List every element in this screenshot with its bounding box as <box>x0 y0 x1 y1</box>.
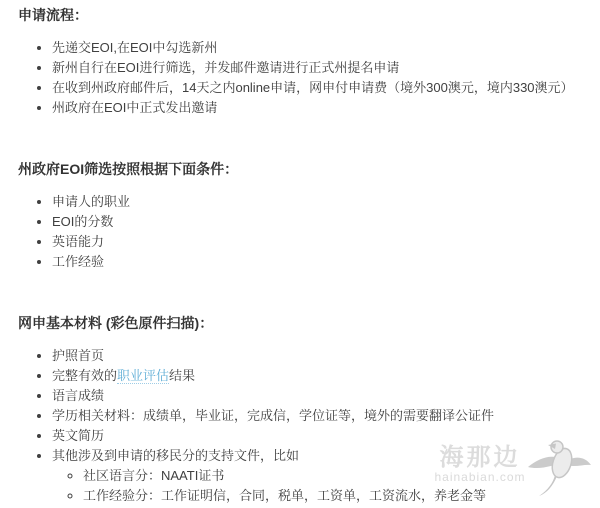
list-item: 申请人的职业 <box>52 192 580 212</box>
list-item-text: 完整有效的 <box>52 368 117 383</box>
list-item: 先递交EOI,在EOI中勾选新州 <box>52 38 580 58</box>
list-item: EOI的分数 <box>52 212 580 232</box>
list-item-text: 结果 <box>169 368 195 383</box>
list-item: 学历相关材料：成绩单，毕业证，完成信，学位证等，境外的需要翻译公证件 <box>52 406 580 426</box>
list-item: 在收到州政府邮件后，14天之内online申请，网申付申请费（境外300澳元，境… <box>52 78 580 98</box>
list-item: 新州自行在EOI进行筛选，并发邮件邀请进行正式州提名申请 <box>52 58 580 78</box>
list-item: 护照首页 <box>52 346 580 366</box>
criteria-list: 申请人的职业 EOI的分数 英语能力 工作经验 <box>18 192 580 272</box>
section-heading-process: 申请流程： <box>18 7 580 24</box>
bonus-points-sublist: 社区语言分：NAATI证书 工作经验分：工作证明信，合同，税单，工资单，工资流水… <box>52 466 580 506</box>
sub-list-item: 工作经验分：工作证明信，合同，税单，工资单，工资流水，养老金等 <box>83 486 580 506</box>
list-item: 英文简历 <box>52 426 580 446</box>
list-item: 完整有效的职业评估结果 <box>52 366 580 386</box>
occupation-assessment-link[interactable]: 职业评估 <box>117 368 169 384</box>
list-item: 语言成绩 <box>52 386 580 406</box>
list-item: 工作经验 <box>52 252 580 272</box>
list-item: 州政府在EOI中正式发出邀请 <box>52 98 580 118</box>
sub-list-item: 社区语言分：NAATI证书 <box>83 466 580 486</box>
list-item: 英语能力 <box>52 232 580 252</box>
list-item-text: 其他涉及到申请的移民分的支持文件，比如 <box>52 448 299 463</box>
materials-list: 护照首页 完整有效的职业评估结果 语言成绩 学历相关材料：成绩单，毕业证，完成信… <box>18 346 580 506</box>
article-content: 申请流程： 先递交EOI,在EOI中勾选新州 新州自行在EOI进行筛选，并发邮件… <box>0 0 600 506</box>
section-heading-materials: 网申基本材料 (彩色原件扫描)： <box>18 315 580 332</box>
list-item: 其他涉及到申请的移民分的支持文件，比如 社区语言分：NAATI证书 工作经验分：… <box>52 446 580 506</box>
process-list: 先递交EOI,在EOI中勾选新州 新州自行在EOI进行筛选，并发邮件邀请进行正式… <box>18 38 580 118</box>
section-heading-criteria: 州政府EOI筛选按照根据下面条件： <box>18 161 580 178</box>
